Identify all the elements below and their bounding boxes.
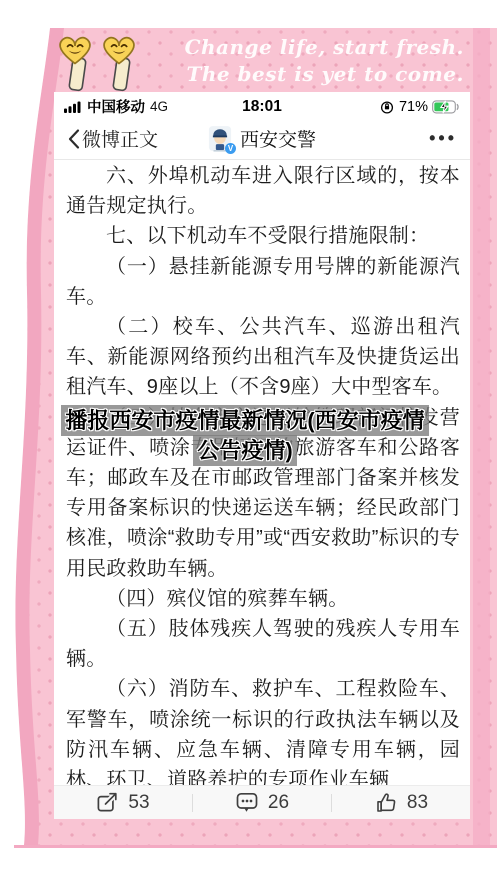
post-paragraph: （一）悬挂新能源专用号牌的新能源汽车。 bbox=[66, 252, 460, 312]
repost-icon bbox=[96, 791, 119, 814]
heart-stickers-icon bbox=[54, 34, 146, 96]
comment-button[interactable]: 26 bbox=[193, 786, 331, 819]
post-paragraph: （四）殡仪馆的殡葬车辆。 bbox=[66, 584, 460, 614]
status-bar: 中国移动 4G 18:01 71% bbox=[54, 92, 470, 118]
tagline-line2: The best is yet to come. bbox=[185, 61, 464, 88]
more-menu-button[interactable]: ••• bbox=[429, 128, 457, 149]
comment-icon bbox=[235, 791, 259, 814]
frame-right-band bbox=[473, 28, 490, 845]
post-body: 六、外埠机动车进入限行区域的，按本通告规定执行。 七、以下机动车不受限行措施限制… bbox=[66, 161, 460, 785]
post-paragraph: 七、以下机动车不受限行措施限制： bbox=[66, 221, 460, 251]
account-header[interactable]: V 西安交警 bbox=[208, 125, 316, 153]
rotation-lock-icon bbox=[379, 99, 395, 115]
verified-badge-icon: V bbox=[225, 143, 236, 154]
back-button[interactable]: 微博正文 bbox=[67, 125, 158, 152]
nav-bar: 微博正文 V 西安交警 ••• bbox=[54, 118, 470, 160]
comment-count: 26 bbox=[268, 792, 289, 814]
clock-label: 18:01 bbox=[242, 98, 282, 116]
like-count: 83 bbox=[407, 792, 428, 814]
battery-percent-label: 71% bbox=[399, 99, 428, 115]
battery-charging-icon bbox=[432, 100, 460, 114]
repost-count: 53 bbox=[128, 792, 149, 814]
back-label: 微博正文 bbox=[82, 125, 158, 152]
weibo-post-screenshot: 中国移动 4G 18:01 71% bbox=[54, 92, 470, 818]
carrier-label: 中国移动 bbox=[87, 96, 145, 117]
tagline-line1: Change life, start fresh. bbox=[185, 34, 464, 61]
post-paragraph: （二）校车、公共汽车、巡游出租汽车、新能源网络预约出租汽车及快捷货运出租汽车、9… bbox=[66, 312, 460, 403]
post-action-bar: 53 26 83 bbox=[54, 785, 470, 819]
account-name: 西安交警 bbox=[240, 125, 316, 152]
screenshot-collage: Change life, start fresh. The best is ye… bbox=[0, 0, 500, 869]
profile-avatar[interactable]: V bbox=[208, 125, 232, 153]
post-paragraph: 六、外埠机动车进入限行区域的，按本通告规定执行。 bbox=[66, 161, 460, 221]
frame-tagline: Change life, start fresh. The best is ye… bbox=[185, 34, 464, 88]
network-type-label: 4G bbox=[150, 99, 168, 114]
post-paragraph: （六）消防车、救护车、工程救险车、军警车，喷涂统一标识的行政执法车辆以及防汛车辆… bbox=[66, 674, 460, 785]
post-paragraph: （五）肢体残疾人驾驶的残疾人专用车辆。 bbox=[66, 614, 460, 674]
like-button[interactable]: 83 bbox=[332, 786, 470, 819]
thumbs-up-icon bbox=[374, 791, 398, 814]
signal-bars-icon bbox=[64, 101, 82, 113]
back-chevron-icon bbox=[67, 128, 80, 150]
repost-button[interactable]: 53 bbox=[54, 786, 192, 819]
post-paragraph: （三）持有市交通运输管理部门核发营运证件、喷涂专用标识的旅游客车和公路客车；邮政… bbox=[66, 403, 460, 584]
